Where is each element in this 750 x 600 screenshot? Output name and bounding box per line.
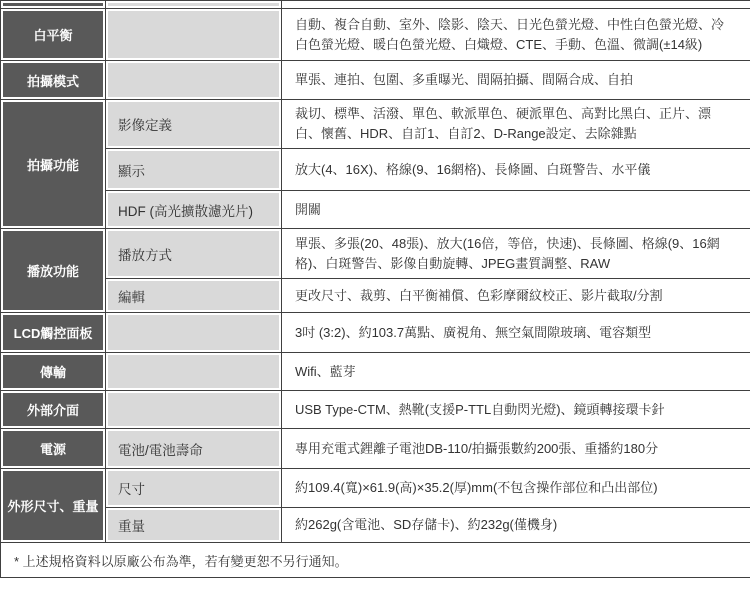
value-cell: 單張、連拍、包圍、多重曝光、間隔拍攝、間隔合成、自拍 [282,61,750,100]
subcategory-cell [106,353,282,391]
value-cell: Wifi、藍芽 [282,353,750,391]
value-cell [282,1,750,9]
table-row: 外形尺寸、重量 尺寸 約109.4(寬)×61.9(高)×35.2(厚)mm(不… [1,469,750,508]
subcategory-cell: 顯示 [106,149,282,191]
subcategory-cell [106,391,282,429]
table-row: 編輯 更改尺寸、裁剪、白平衡補償、色彩摩爾紋校正、影片截取/分割 [1,279,750,313]
footnote: * 上述規格資料以原廠公布為準，若有變更恕不另行通知。 [1,543,750,578]
subcategory-cell: 播放方式 [106,229,282,279]
value-cell: 約262g(含電池、SD存儲卡)、約232g(僅機身) [282,508,750,543]
table-row: 白平衡 自動、複合自動、室外、陰影、陰天、日光色螢光燈、中性白色螢光燈、冷白色螢… [1,9,750,61]
category-cell [1,1,106,9]
footnote-row: * 上述規格資料以原廠公布為準，若有變更恕不另行通知。 [1,543,750,578]
subcategory-cell: 重量 [106,508,282,543]
category-cell: 拍攝模式 [1,61,106,100]
category-cell: 外部介面 [1,391,106,429]
table-row: 顯示 放大(4、16X)、格線(9、16網格)、長條圖、白斑警告、水平儀 [1,149,750,191]
table-row: 拍攝功能 影像定義 裁切、標準、活潑、單色、軟派單色、硬派單色、高對比黑白、正片… [1,100,750,149]
value-cell: 自動、複合自動、室外、陰影、陰天、日光色螢光燈、中性白色螢光燈、冷白色螢光燈、暖… [282,9,750,61]
subcategory-cell [106,1,282,9]
subcategory-cell [106,313,282,353]
table-row: HDF (高光擴散濾光片) 開關 [1,191,750,229]
subcategory-cell: 電池/電池壽命 [106,429,282,469]
category-cell: LCD觸控面板 [1,313,106,353]
value-cell: 裁切、標準、活潑、單色、軟派單色、硬派單色、高對比黑白、正片、漂白、懷舊、HDR… [282,100,750,149]
table-row-clipped [1,1,750,9]
value-cell: 單張、多張(20、48張)、放大(16倍，等倍，快速)、長條圖、格線(9、16網… [282,229,750,279]
value-cell: 3吋 (3:2)、約103.7萬點、廣視角、無空氣間隙玻璃、電容類型 [282,313,750,353]
value-cell: 約109.4(寬)×61.9(高)×35.2(厚)mm(不包含操作部位和凸出部位… [282,469,750,508]
category-cell: 播放功能 [1,229,106,313]
table-row: 外部介面 USB Type-CTM、熱靴(支援P-TTL自動閃光燈)、鏡頭轉接環… [1,391,750,429]
table-row: 拍攝模式 單張、連拍、包圍、多重曝光、間隔拍攝、間隔合成、自拍 [1,61,750,100]
subcategory-cell [106,9,282,61]
subcategory-cell [106,61,282,100]
category-cell: 外形尺寸、重量 [1,469,106,543]
category-cell: 白平衡 [1,9,106,61]
table-row: 傳輸 Wifi、藍芽 [1,353,750,391]
table-row: 電源 電池/電池壽命 專用充電式鋰離子電池DB-110/拍攝張數約200張、重播… [1,429,750,469]
category-cell: 電源 [1,429,106,469]
subcategory-cell: 尺寸 [106,469,282,508]
value-cell: 開關 [282,191,750,229]
category-cell: 拍攝功能 [1,100,106,229]
table-row: 重量 約262g(含電池、SD存儲卡)、約232g(僅機身) [1,508,750,543]
value-cell: 放大(4、16X)、格線(9、16網格)、長條圖、白斑警告、水平儀 [282,149,750,191]
subcategory-cell: 編輯 [106,279,282,313]
table-row: 播放功能 播放方式 單張、多張(20、48張)、放大(16倍，等倍，快速)、長條… [1,229,750,279]
value-cell: 專用充電式鋰離子電池DB-110/拍攝張數約200張、重播約180分 [282,429,750,469]
subcategory-cell: HDF (高光擴散濾光片) [106,191,282,229]
category-cell: 傳輸 [1,353,106,391]
subcategory-cell: 影像定義 [106,100,282,149]
value-cell: 更改尺寸、裁剪、白平衡補償、色彩摩爾紋校正、影片截取/分割 [282,279,750,313]
table-row: LCD觸控面板 3吋 (3:2)、約103.7萬點、廣視角、無空氣間隙玻璃、電容… [1,313,750,353]
value-cell: USB Type-CTM、熱靴(支援P-TTL自動閃光燈)、鏡頭轉接環卡針 [282,391,750,429]
spec-table: 白平衡 自動、複合自動、室外、陰影、陰天、日光色螢光燈、中性白色螢光燈、冷白色螢… [0,0,750,578]
